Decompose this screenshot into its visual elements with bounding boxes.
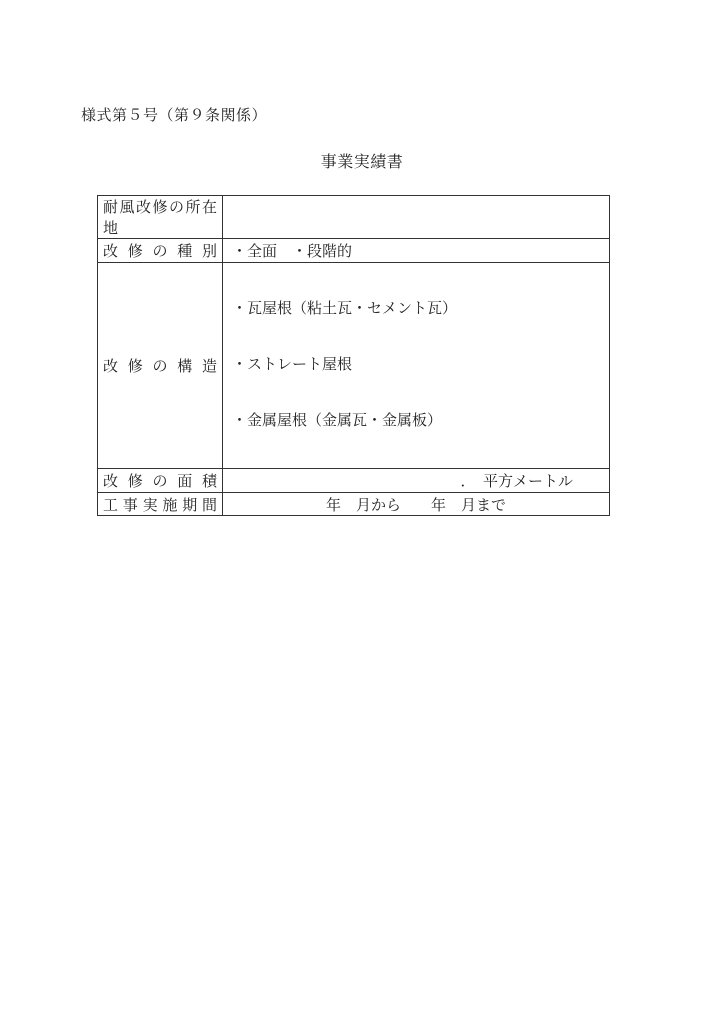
row-value-construction-period: 年 月から 年 月まで	[223, 493, 610, 516]
structure-option-tile-roof: ・瓦屋根（粘土瓦・セメント瓦）	[232, 298, 609, 320]
row-value-repair-structure: ・瓦屋根（粘土瓦・セメント瓦） ・ストレート屋根 ・金属屋根（金属瓦・金属板）	[223, 263, 610, 469]
table-row: 改修の種別 ・全面 ・段階的	[98, 239, 610, 263]
row-value-repair-type: ・全面 ・段階的	[223, 239, 610, 263]
row-label-repair-structure: 改修の構造	[98, 263, 223, 469]
form-number: 様式第５号（第９条関係）	[81, 104, 267, 125]
document-page: 様式第５号（第９条関係） 事業実績書 耐風改修の所在地 改修の種別 ・全面 ・段…	[0, 0, 724, 1024]
row-value-repair-area: ． 平方メートル	[223, 469, 610, 493]
table-row: 工事実施期間 年 月から 年 月まで	[98, 493, 610, 516]
row-label-location: 耐風改修の所在地	[98, 196, 223, 239]
table-row: 耐風改修の所在地	[98, 196, 610, 239]
row-label-repair-area: 改修の面積	[98, 469, 223, 493]
row-label-construction-period: 工事実施期間	[98, 493, 223, 516]
row-label-repair-type: 改修の種別	[98, 239, 223, 263]
table-row: 改修の構造 ・瓦屋根（粘土瓦・セメント瓦） ・ストレート屋根 ・金属屋根（金属瓦…	[98, 263, 610, 469]
page-title: 事業実績書	[0, 149, 724, 172]
structure-option-metal-roof: ・金属屋根（金属瓦・金属板）	[232, 410, 609, 432]
report-table: 耐風改修の所在地 改修の種別 ・全面 ・段階的 改修の構造 ・瓦屋根（粘土瓦・セ…	[97, 195, 610, 516]
table-row: 改修の面積 ． 平方メートル	[98, 469, 610, 493]
structure-option-slate-roof: ・ストレート屋根	[232, 354, 609, 376]
row-value-location	[223, 196, 610, 239]
